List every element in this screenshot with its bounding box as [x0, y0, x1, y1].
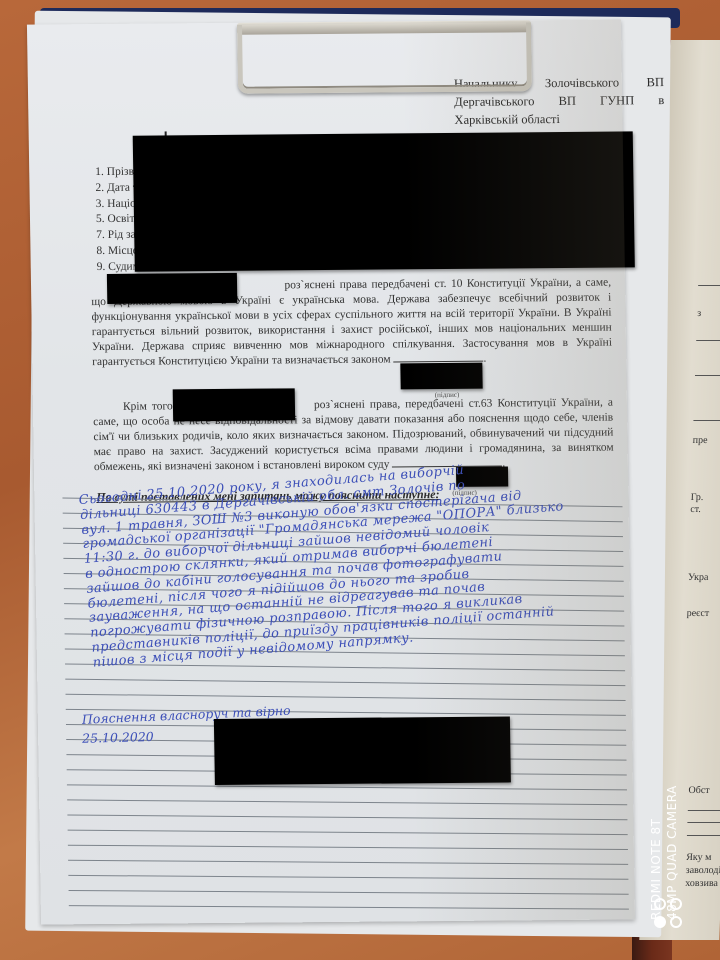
addressee-text: ГУНП	[600, 91, 634, 109]
ruled-line	[68, 875, 628, 880]
second-doc-fragment: ховзива	[685, 878, 718, 889]
addressee-text: Золочівського	[545, 73, 619, 92]
addressee-text: в	[658, 91, 664, 109]
second-doc-fragment: Обст	[688, 785, 710, 796]
second-doc-fragment: реєст	[686, 608, 709, 619]
second-doc-fragment: пре	[693, 435, 708, 446]
second-doc-fragment: ст.	[690, 504, 701, 515]
redaction-box	[214, 716, 511, 785]
ruled-line	[69, 905, 629, 910]
addressee-region: Харківській області	[454, 109, 664, 129]
ruled-line	[68, 845, 628, 850]
second-doc-rule	[693, 420, 720, 421]
redaction-box	[133, 131, 635, 271]
addressee-text: Дергачівського	[454, 92, 535, 111]
ruled-line	[67, 815, 627, 821]
second-doc-rule	[696, 340, 720, 341]
addressee-text: ВП	[646, 73, 664, 91]
ruled-line	[66, 694, 626, 701]
ruled-line	[67, 784, 627, 790]
second-doc-rule	[695, 375, 720, 376]
second-doc-fragment: заволоді	[686, 865, 720, 876]
addressee-text: ВП	[558, 92, 576, 110]
ruled-line	[65, 679, 625, 686]
second-doc-fragment: з	[697, 308, 701, 319]
closing-date: 25.10.2020	[82, 729, 154, 746]
second-doc-rule	[688, 810, 720, 811]
redaction-box	[400, 363, 482, 390]
ruled-line	[69, 890, 629, 895]
second-doc-rule	[687, 822, 720, 823]
redaction-box	[173, 388, 296, 421]
ruled-line	[67, 799, 627, 805]
second-doc-rule	[687, 835, 720, 836]
clipboard-clip	[237, 22, 532, 94]
second-doc-rule	[698, 285, 720, 286]
second-doc-fragment: Яку м	[686, 852, 712, 863]
redaction-box	[107, 273, 237, 304]
quad-camera-logo-icon	[652, 896, 688, 936]
second-doc-fragment: Гр.	[691, 492, 704, 503]
statement-page: Начальнику Золочівського ВП Дергачівсько…	[27, 19, 635, 924]
ruled-line	[68, 830, 628, 835]
ruled-line	[68, 860, 628, 865]
second-doc-fragment: Укра	[688, 572, 709, 583]
